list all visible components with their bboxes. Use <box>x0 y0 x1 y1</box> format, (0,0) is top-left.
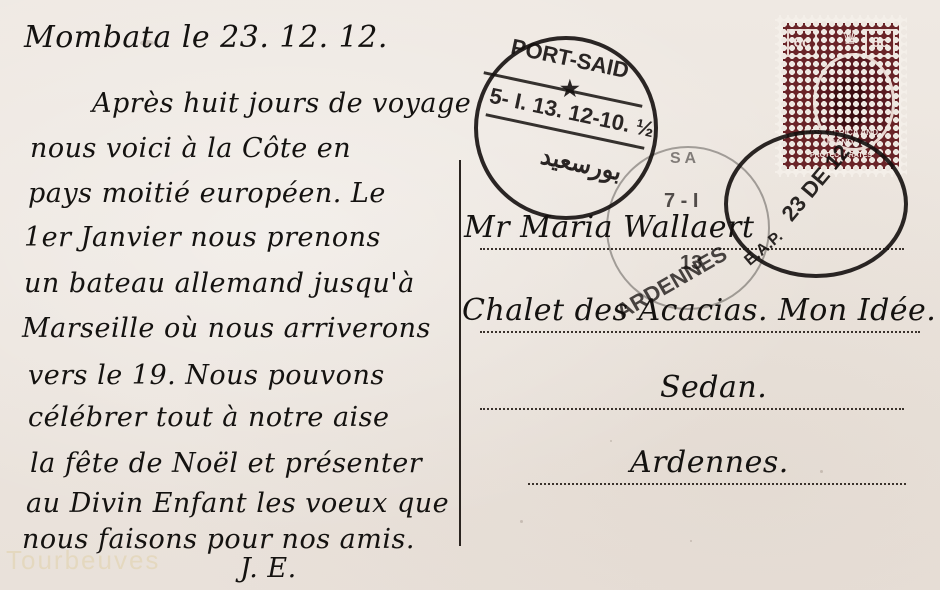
postcard-back: Mombata le 23. 12. 12. Après huit jours … <box>0 0 940 590</box>
crown-icon: ♛ <box>833 27 867 49</box>
watermark: Tourbeuves <box>6 545 160 576</box>
address-dotted-line <box>528 483 906 485</box>
postmark-ardennes-top: S A <box>670 150 696 168</box>
address-dotted-line <box>480 408 904 410</box>
paper-speck <box>690 540 692 542</box>
message-line: Après huit jours de voyage <box>92 88 471 119</box>
address-dotted-line <box>480 331 920 333</box>
message-line: célébrer tout à notre aise <box>28 402 390 433</box>
message-line: nous voici à la Côte en <box>30 133 351 164</box>
center-divider <box>459 160 461 546</box>
place-date-heading: Mombata le 23. 12. 12. <box>24 20 388 55</box>
message-line: au Divin Enfant les voeux que <box>26 488 449 519</box>
postmark-ardennes-date: 7 - I <box>664 190 698 213</box>
stamp-value-left: 6c <box>787 29 817 57</box>
paper-speck <box>520 520 523 523</box>
message-line: vers le 19. Nous pouvons <box>28 360 385 391</box>
stamp-value-right: 6c <box>865 29 895 57</box>
signature: J. E. <box>240 553 297 584</box>
message-line: 1er Janvier nous prenons <box>24 222 381 253</box>
message-line: Marseille où nous arriverons <box>22 313 431 344</box>
paper-speck <box>610 440 612 442</box>
message-line: un bateau allemand jusqu'à <box>24 268 415 299</box>
recipient-region: Ardennes. <box>630 445 789 480</box>
paper-speck <box>820 470 823 473</box>
message-line: pays moitié européen. Le <box>28 178 386 209</box>
recipient-city: Sedan. <box>660 370 767 405</box>
message-line: la fête de Noël et présenter <box>30 448 422 479</box>
